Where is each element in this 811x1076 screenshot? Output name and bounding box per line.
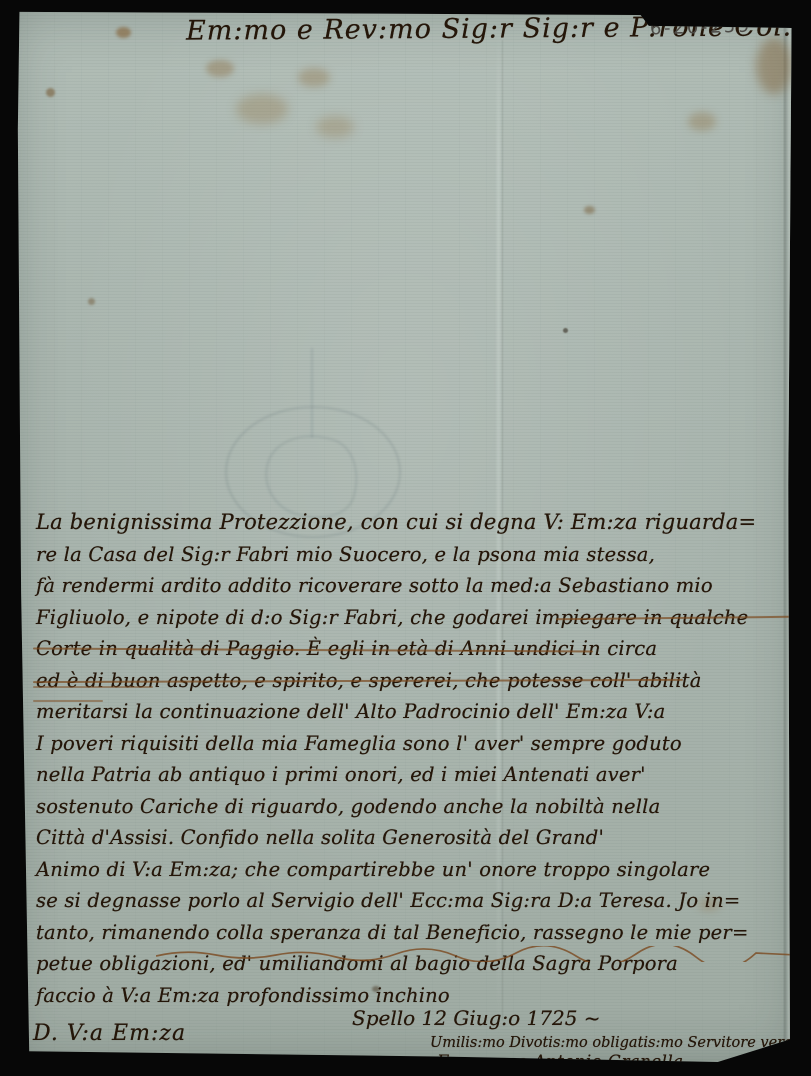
- letter-line: Animo di V:a Em:za; che compartirebbe un…: [36, 854, 784, 886]
- letter-line: sostenuto Cariche di riguardo, godendo a…: [36, 791, 784, 823]
- letter-line: nella Patria ab antiquo i primi onori, e…: [36, 759, 784, 791]
- emphasis-underline: [33, 686, 153, 688]
- foxing-stain: [116, 27, 131, 38]
- signature: Francesco Antonio Granella: [437, 1052, 684, 1071]
- letter-line: fà rendermi ardito addito ricoverare sot…: [36, 570, 784, 602]
- foxing-stain: [206, 60, 234, 77]
- letter-paper: Em:mo e Rev:mo Sig:r Sig:r e P:rone Col:…: [0, 0, 811, 1076]
- valediction: Umilis:mo Divotis:mo obligatis:mo Servit…: [430, 1035, 793, 1051]
- place-and-date: Spello 12 Giug:o 1725 ~: [352, 1006, 601, 1030]
- manuscript-photo: Em:mo e Rev:mo Sig:r Sig:r e P:rone Col:…: [0, 0, 811, 1076]
- wavy-emphasis-underline: [156, 946, 796, 962]
- ink-speck: [563, 328, 568, 333]
- letter-line: Città d'Assisi. Confido nella solita Gen…: [36, 822, 784, 854]
- foxing-stain: [46, 88, 55, 97]
- letter-line: se si degnasse porlo al Servigio dell' E…: [36, 885, 784, 917]
- letter-line: re la Casa del Sig:r Fabri mio Suocero, …: [36, 539, 784, 571]
- letter-line: meritarsi la continuazione dell' Alto Pa…: [36, 696, 784, 728]
- letter-line: I poveri riquisiti della mia Fameglia so…: [36, 728, 784, 760]
- foxing-stain: [298, 68, 330, 87]
- letter-line: La benignissima Protezzione, con cui si …: [36, 507, 784, 539]
- ink-speck: [88, 298, 95, 305]
- foxing-stain: [584, 206, 595, 214]
- letter-body: La benignissima Protezzione, con cui si …: [36, 507, 784, 1011]
- watermark-chain-line: [311, 348, 313, 438]
- foxing-stain: [688, 112, 716, 131]
- foxing-stain: [316, 116, 354, 138]
- foxing-stain: [236, 94, 288, 124]
- letter-line: tanto, rimanendo colla speranza di tal B…: [36, 917, 784, 949]
- closing-sender-abbrev: D. V:a Em:za: [33, 1021, 186, 1046]
- archive-number: 6-20-259: [650, 16, 752, 40]
- emphasis-underline: [33, 700, 103, 702]
- salutation-line: Em:mo e Rev:mo Sig:r Sig:r e P:rone Col:…: [186, 12, 656, 46]
- folio-edge: [784, 26, 797, 1046]
